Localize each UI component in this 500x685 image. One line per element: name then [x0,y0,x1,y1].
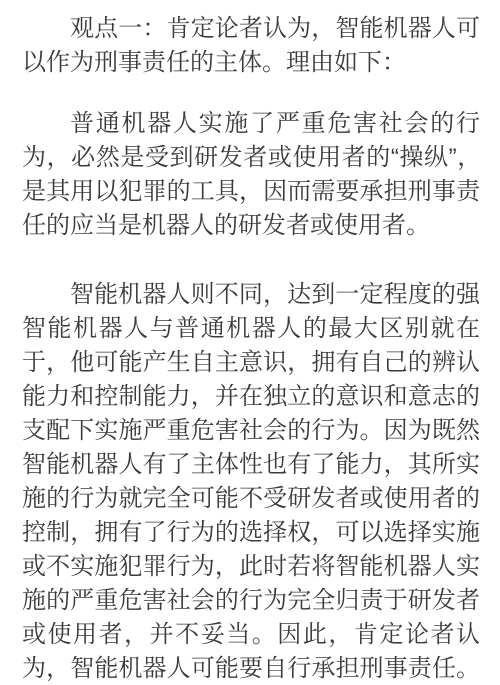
text-line: 于，他可能产生自主意识，拥有自己的辨认 [22,346,480,380]
text-line: 以作为刑事责任的主体。理由如下： [22,46,480,80]
text-line: 智能机器人则不同，达到一定程度的强 [22,278,480,312]
paragraph-ordinary-robots: 普通机器人实施了严重危害社会的行 为，必然是受到研发者或使用者的“操纵”， 是其… [22,107,480,243]
text-line: 施的严重危害社会的行为完全归责于研发者 [22,584,480,618]
text-line: 施的行为就完全可能不受研发者或使用者的 [22,482,480,516]
text-line: 智能机器人有了主体性也有了能力，其所实 [22,448,480,482]
text-line: 为，智能机器人可能要自行承担刑事责任。 [22,652,480,685]
text-line: 支配下实施严重危害社会的行为。因为既然 [22,414,480,448]
paragraph-intelligent-robots: 智能机器人则不同，达到一定程度的强 智能机器人与普通机器人的最大区别就在 于，他… [22,278,480,685]
text-line: 或不实施犯罪行为，此时若将智能机器人实 [22,550,480,584]
text-line: 智能机器人与普通机器人的最大区别就在 [22,312,480,346]
text-line: 观点一：肯定论者认为，智能机器人可 [22,12,480,46]
text-line: 能力和控制能力，并在独立的意识和意志的 [22,380,480,414]
text-line: 或使用者，并不妥当。因此，肯定论者认 [22,618,480,652]
text-line: 普通机器人实施了严重危害社会的行 [22,107,480,141]
text-line: 控制，拥有了行为的选择权，可以选择实施 [22,516,480,550]
paragraph-viewpoint-intro: 观点一：肯定论者认为，智能机器人可 以作为刑事责任的主体。理由如下： [22,12,480,80]
text-line: 任的应当是机器人的研发者或使用者。 [22,209,480,243]
article: 观点一：肯定论者认为，智能机器人可 以作为刑事责任的主体。理由如下： 普通机器人… [0,0,500,685]
text-line: 为，必然是受到研发者或使用者的“操纵”， [22,141,480,175]
text-line: 是其用以犯罪的工具，因而需要承担刑事责 [22,175,480,209]
